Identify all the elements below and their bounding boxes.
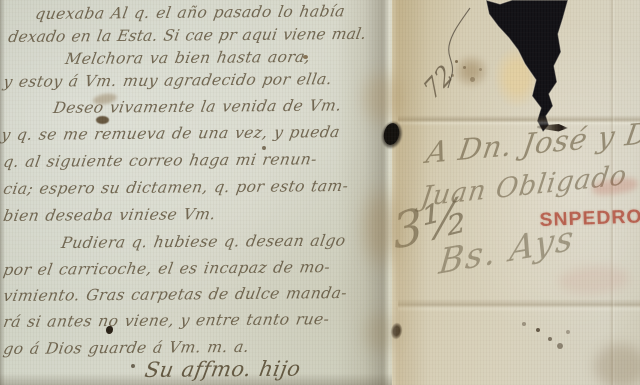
letter-line: por el carricoche, el es incapaz de mo- <box>2 258 332 279</box>
letter-line: quexaba Al q. el año pasado lo había <box>34 2 347 23</box>
paper-spot <box>262 146 266 150</box>
letter-line: Melchora va bien hasta aora, <box>64 48 312 68</box>
letter-line: cia; espero su dictamen, q. por esto tam… <box>2 177 350 198</box>
torn-hole <box>470 0 580 140</box>
letter-line: Deseo vivamente la venida de Vm. <box>52 96 343 117</box>
ink-blot <box>96 116 109 124</box>
letter-line: bien deseaba viniese Vm. <box>2 205 217 225</box>
signature-line: Su affmo. hijo <box>143 357 302 382</box>
letter-line: go á Dios guarde á Vm. m. a. <box>2 338 251 358</box>
letter-photograph: quexaba Al q. el año pasado lo había dex… <box>0 0 640 385</box>
letter-line: rá si antes no viene, y entre tanto rue- <box>2 310 331 331</box>
letter-line: vimiento. Gras carpetas de dulce manda- <box>2 284 348 305</box>
letter-page-left: quexaba Al q. el año pasado lo había dex… <box>0 0 392 385</box>
letter-line: y estoy á Vm. muy agradecido por ella. <box>2 70 334 91</box>
letter-line: y q. se me remueva de una vez, y pueda <box>0 123 341 144</box>
letter-line: Pudiera q. hubiese q. desean algo <box>60 232 347 252</box>
letter-line: q. al siguiente correo haga mi renun- <box>2 150 318 171</box>
paper-spot <box>131 364 135 368</box>
letter-line: dexado en la Esta. Si cae pr aqui viene … <box>7 25 368 46</box>
